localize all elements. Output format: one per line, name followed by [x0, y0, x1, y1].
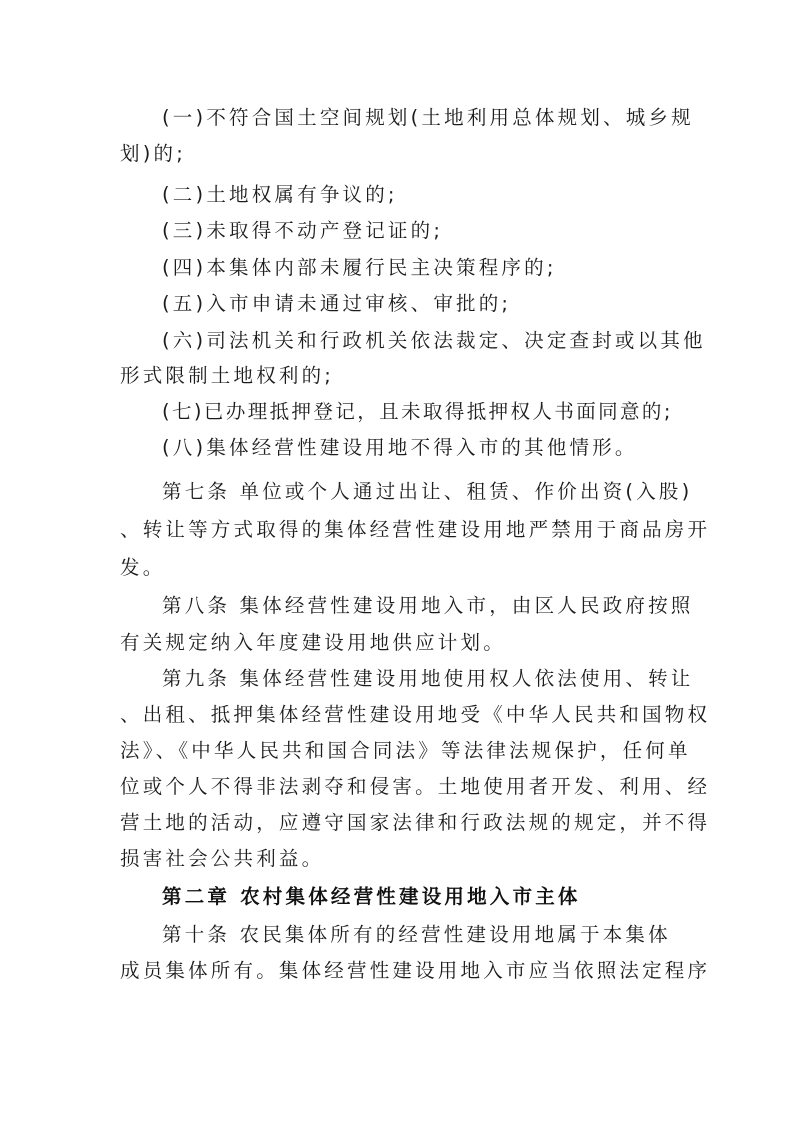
article-7-line-3: 发。 — [120, 555, 665, 581]
article-7-line-2: 、转让等方式取得的集体经营性建设用地严禁用于商品房开 — [120, 517, 665, 543]
article-9-line-6: 损害社会公共利益。 — [120, 846, 665, 872]
article-9-line-3: 法》、《中华人民共和国合同法》等法律法规保护，任何单 — [120, 738, 665, 764]
article-8-line-1: 第八条 集体经营性建设用地入市，由区人民政府按照 — [162, 593, 665, 619]
clause-item-4: (四)本集体内部未履行民主决策程序的; — [162, 255, 665, 281]
clause-item-8: (八)集体经营性建设用地不得入市的其他情形。 — [162, 435, 665, 461]
clause-item-5: (五)入市申请未通过审核、审批的; — [162, 291, 665, 317]
clause-item-1-line-1: (一)不符合国土空间规划(土地利用总体规划、城乡规 — [162, 105, 665, 131]
article-9-line-1: 第九条 集体经营性建设用地使用权人依法使用、转让 — [162, 666, 665, 692]
article-8-line-2: 有关规定纳入年度建设用地供应计划。 — [120, 630, 665, 656]
article-10-line-2: 成员集体所有。集体经营性建设用地入市应当依照法定程序 — [120, 958, 665, 984]
document-page: (一)不符合国土空间规划(土地利用总体规划、城乡规 划)的; (二)土地权属有争… — [0, 0, 793, 1122]
clause-item-6-line-1: (六)司法机关和行政机关依法裁定、决定查封或以其他 — [162, 328, 665, 354]
article-9-line-2: 、出租、抵押集体经营性建设用地受《中华人民共和国物权 — [120, 702, 665, 728]
article-7-line-1: 第七条 单位或个人通过出让、租赁、作价出资(入股) — [162, 479, 665, 505]
article-9-line-4: 位或个人不得非法剥夺和侵害。土地使用者开发、利用、经 — [120, 774, 665, 800]
clause-item-3: (三)未取得不动产登记证的; — [162, 218, 665, 244]
clause-item-2: (二)土地权属有争议的; — [162, 182, 665, 208]
clause-item-7: (七)已办理抵押登记，且未取得抵押权人书面同意的; — [162, 399, 665, 425]
chapter-2-heading: 第二章 农村集体经营性建设用地入市主体 — [162, 884, 665, 910]
clause-item-1-line-2: 划)的; — [120, 141, 665, 167]
article-9-line-5: 营土地的活动，应遵守国家法律和行政法规的规定，并不得 — [120, 810, 665, 836]
clause-item-6-line-2: 形式限制土地权利的; — [120, 363, 665, 389]
article-10-line-1: 第十条 农民集体所有的经营性建设用地属于本集体 — [162, 922, 665, 948]
